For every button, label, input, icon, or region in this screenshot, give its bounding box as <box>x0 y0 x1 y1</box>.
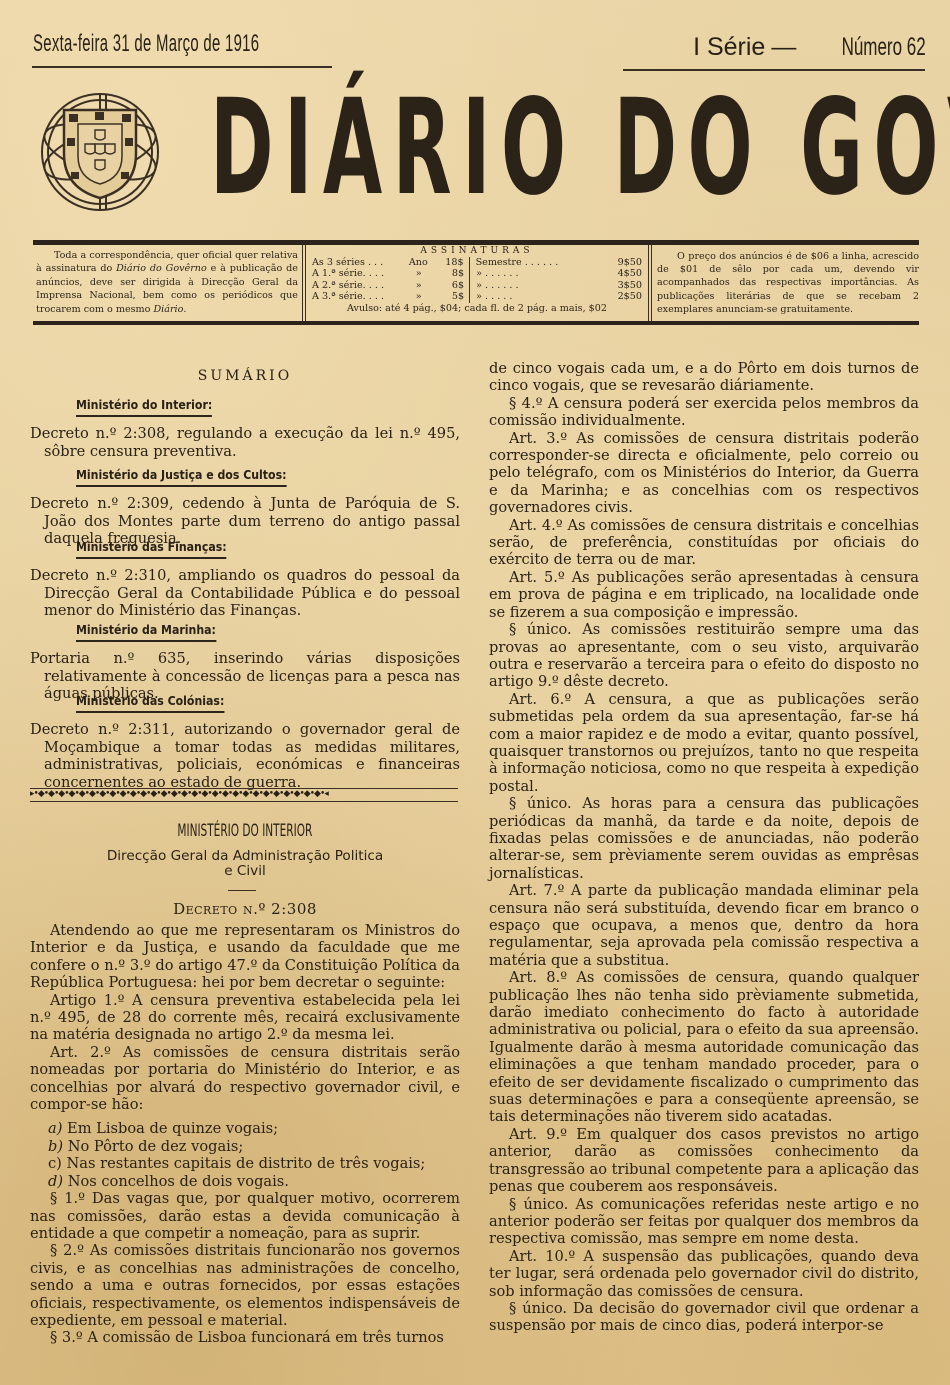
row-period: » <box>401 268 437 279</box>
list-text: Nos concelhos de dois vogais. <box>68 1173 289 1190</box>
coat-of-arms-icon <box>38 90 162 214</box>
row-semester-price: 4$50 <box>602 268 642 279</box>
subscription-row: A 2.ª série. . . . » 6$ » . . . . . . 3$… <box>312 280 642 291</box>
ornamental-divider: ▸•◆•◆•◆•◆•◆•◆•◆•◆•◆•◆•◆•◆•◆•◆•◆•◆•◆•◆•◆•… <box>30 788 458 802</box>
article-paragraph: § 3.º A comissão de Lisboa funcionará em… <box>30 1329 460 1346</box>
article-paragraph: Art. 7.º A parte da publicação mandada e… <box>489 882 919 969</box>
article-paragraph-continued: de cinco vogais cada um, e a do Pôrto em… <box>489 360 919 395</box>
series-label: I Série <box>693 33 765 62</box>
issue-number: Número 62 <box>842 33 926 62</box>
row-period2: » . . . . . . <box>470 280 543 291</box>
article-paragraph: § único. As comunicações referidas neste… <box>489 1196 919 1248</box>
summary-ministry-heading: Ministério das Finanças: <box>76 539 227 559</box>
list-item: a) Em Lisboa de quinze vogais; <box>30 1120 460 1137</box>
list-item: b) No Pôrto de dez vogais; <box>30 1138 460 1155</box>
article-paragraph: § único. As horas para a censura das pub… <box>489 795 919 882</box>
info-bar-top-rule <box>33 240 919 245</box>
header-rule-left <box>32 66 332 68</box>
row-period2: » . . . . . . <box>470 268 543 279</box>
summary-section: Ministério das Colónias: Decreto n.º 2:3… <box>30 692 460 791</box>
issue-date: Sexta-feira 31 de Março de 1916 <box>33 30 259 58</box>
correspondence-notice: Toda a correspondência, quer oficial que… <box>36 249 298 316</box>
left-column-body: Atendendo ao que me representaram os Min… <box>30 922 460 1347</box>
list-marker: a) <box>48 1120 62 1137</box>
subscription-row: A 3.ª série. . . . » 5$ » . . . . . 2$50 <box>312 291 642 302</box>
summary-entry: Decreto n.º 2:310, ampliando os quadros … <box>30 567 460 619</box>
article-paragraph: Atendendo ao que me representaram os Min… <box>30 922 460 992</box>
article-paragraph: Art. 6.º A censura, a que as publicações… <box>489 691 919 795</box>
list-text: Nas restantes capitais de distrito de tr… <box>67 1155 426 1172</box>
ministry-heading: MINISTÉRIO DO INTERIOR <box>30 821 460 841</box>
directorate-heading: Direcção Geral da Administração Politica… <box>30 849 460 879</box>
list-item: d) Nos concelhos de dois vogais. <box>30 1173 460 1190</box>
article-paragraph: § 4.º A censura poderá ser exercida pelo… <box>489 395 919 430</box>
row-annual-price: 8$ <box>436 268 470 279</box>
summary-ministry-heading: Ministério das Colónias: <box>76 693 224 713</box>
row-annual-price: 6$ <box>436 280 470 291</box>
row-semester-price: 2$50 <box>602 291 642 302</box>
row-label: As 3 séries . . . <box>312 257 401 268</box>
decree-title: Decreto n.º 2:308 <box>30 900 460 918</box>
series-dash: — <box>771 33 796 62</box>
row-label: A 1.ª série. . . . <box>312 268 401 279</box>
issue-series-number: I Série — Número 62 <box>693 33 926 62</box>
list-text: Em Lisboa de quinze vogais; <box>67 1120 278 1137</box>
single-issue-price: Avulso: até 4 pág., $04; cada fl. de 2 p… <box>312 303 642 315</box>
notice-italic-title: Diário do Govêrno <box>116 263 207 274</box>
summary-section: Ministério da Marinha: Portaria n.º 635,… <box>30 621 460 703</box>
subscriptions-table: ASSINATURAS As 3 séries . . . Ano 18$ Se… <box>312 246 642 315</box>
article-paragraph: Art. 9.º Em qualquer dos casos previstos… <box>489 1126 919 1196</box>
right-column-body: de cinco vogais cada um, e a do Pôrto em… <box>489 360 919 1335</box>
row-semester-price: 3$50 <box>602 280 642 291</box>
row-annual-price: 18$ <box>436 257 470 268</box>
row-label: A 3.ª série. . . . <box>312 291 401 302</box>
summary-title: SUMÁRIO <box>30 368 460 384</box>
row-label: A 2.ª série. . . . <box>312 280 401 291</box>
row-period2: Semestre . . . . . . <box>470 257 544 268</box>
subscriptions-title: ASSINATURAS <box>312 246 642 257</box>
subscription-row: As 3 séries . . . Ano 18$ Semestre . . .… <box>312 257 642 268</box>
short-divider <box>228 890 256 891</box>
info-bar-bottom-rule <box>33 321 919 325</box>
article-paragraph: Art. 3.º As comissões de censura distrit… <box>489 430 919 517</box>
advertising-prices-notice: O preço dos anúncios é de $06 a linha, a… <box>657 250 919 316</box>
list-marker: c) <box>48 1155 62 1172</box>
list-text: No Pôrto de dez vogais; <box>68 1138 244 1155</box>
row-period: Ano <box>401 257 436 268</box>
summary-section: Ministério da Justiça e dos Cultos: Decr… <box>30 466 460 548</box>
article-paragraph: Artigo 1.º A censura preventiva estabele… <box>30 992 460 1044</box>
article-paragraph: § único. As comissões restituirão sempre… <box>489 621 919 691</box>
row-semester-price: 9$50 <box>603 257 642 268</box>
summary-section: Ministério das Finanças: Decreto n.º 2:3… <box>30 538 460 620</box>
list-item: c) Nas restantes capitais de distrito de… <box>30 1155 460 1172</box>
info-bar-divider <box>648 245 652 321</box>
notice-italic-title: Diário <box>153 304 183 315</box>
summary-section: Ministério do Interior: Decreto n.º 2:30… <box>30 396 460 460</box>
row-period: » <box>401 280 437 291</box>
subscription-row: A 1.ª série. . . . » 8$ » . . . . . . 4$… <box>312 268 642 279</box>
newspaper-masthead: DIÁRIO DO GOVÊRNO <box>210 82 950 214</box>
article-paragraph: § único. Da decisão do governador civil … <box>489 1300 919 1335</box>
article-paragraph: § 1.º Das vagas que, por qualquer motivo… <box>30 1190 460 1242</box>
summary-entry: Decreto n.º 2:311, autorizando o governa… <box>30 721 460 791</box>
summary-ministry-heading: Ministério da Justiça e dos Cultos: <box>76 467 287 487</box>
row-period: » <box>401 291 437 302</box>
article-paragraph: Art. 5.º As publicações serão apresentad… <box>489 569 919 621</box>
notice-text: . <box>183 304 186 315</box>
article-paragraph: § 2.º As comissões distritais funcionarã… <box>30 1242 460 1329</box>
row-annual-price: 5$ <box>436 291 470 302</box>
list-marker: b) <box>48 1138 63 1155</box>
directorate-line: e Civil <box>30 864 460 879</box>
article-paragraph: Art. 8.º As comissões de censura, quando… <box>489 969 919 1126</box>
directorate-line: Direcção Geral da Administração Politica <box>30 849 460 864</box>
info-bar-divider <box>302 245 306 321</box>
ministry-heading-text: MINISTÉRIO DO INTERIOR <box>178 821 313 841</box>
list-marker: d) <box>48 1173 63 1190</box>
summary-entry: Decreto n.º 2:308, regulando a execução … <box>30 425 460 460</box>
row-period2: » . . . . . <box>470 291 543 302</box>
summary-ministry-heading: Ministério do Interior: <box>76 397 212 417</box>
article-paragraph: Art. 2.º As comissões de censura distrit… <box>30 1044 460 1114</box>
article-paragraph: Art. 4.º As comissões de censura distrit… <box>489 517 919 569</box>
summary-ministry-heading: Ministério da Marinha: <box>76 622 216 642</box>
article-paragraph: Art. 10.º A suspensão das publicações, q… <box>489 1248 919 1300</box>
